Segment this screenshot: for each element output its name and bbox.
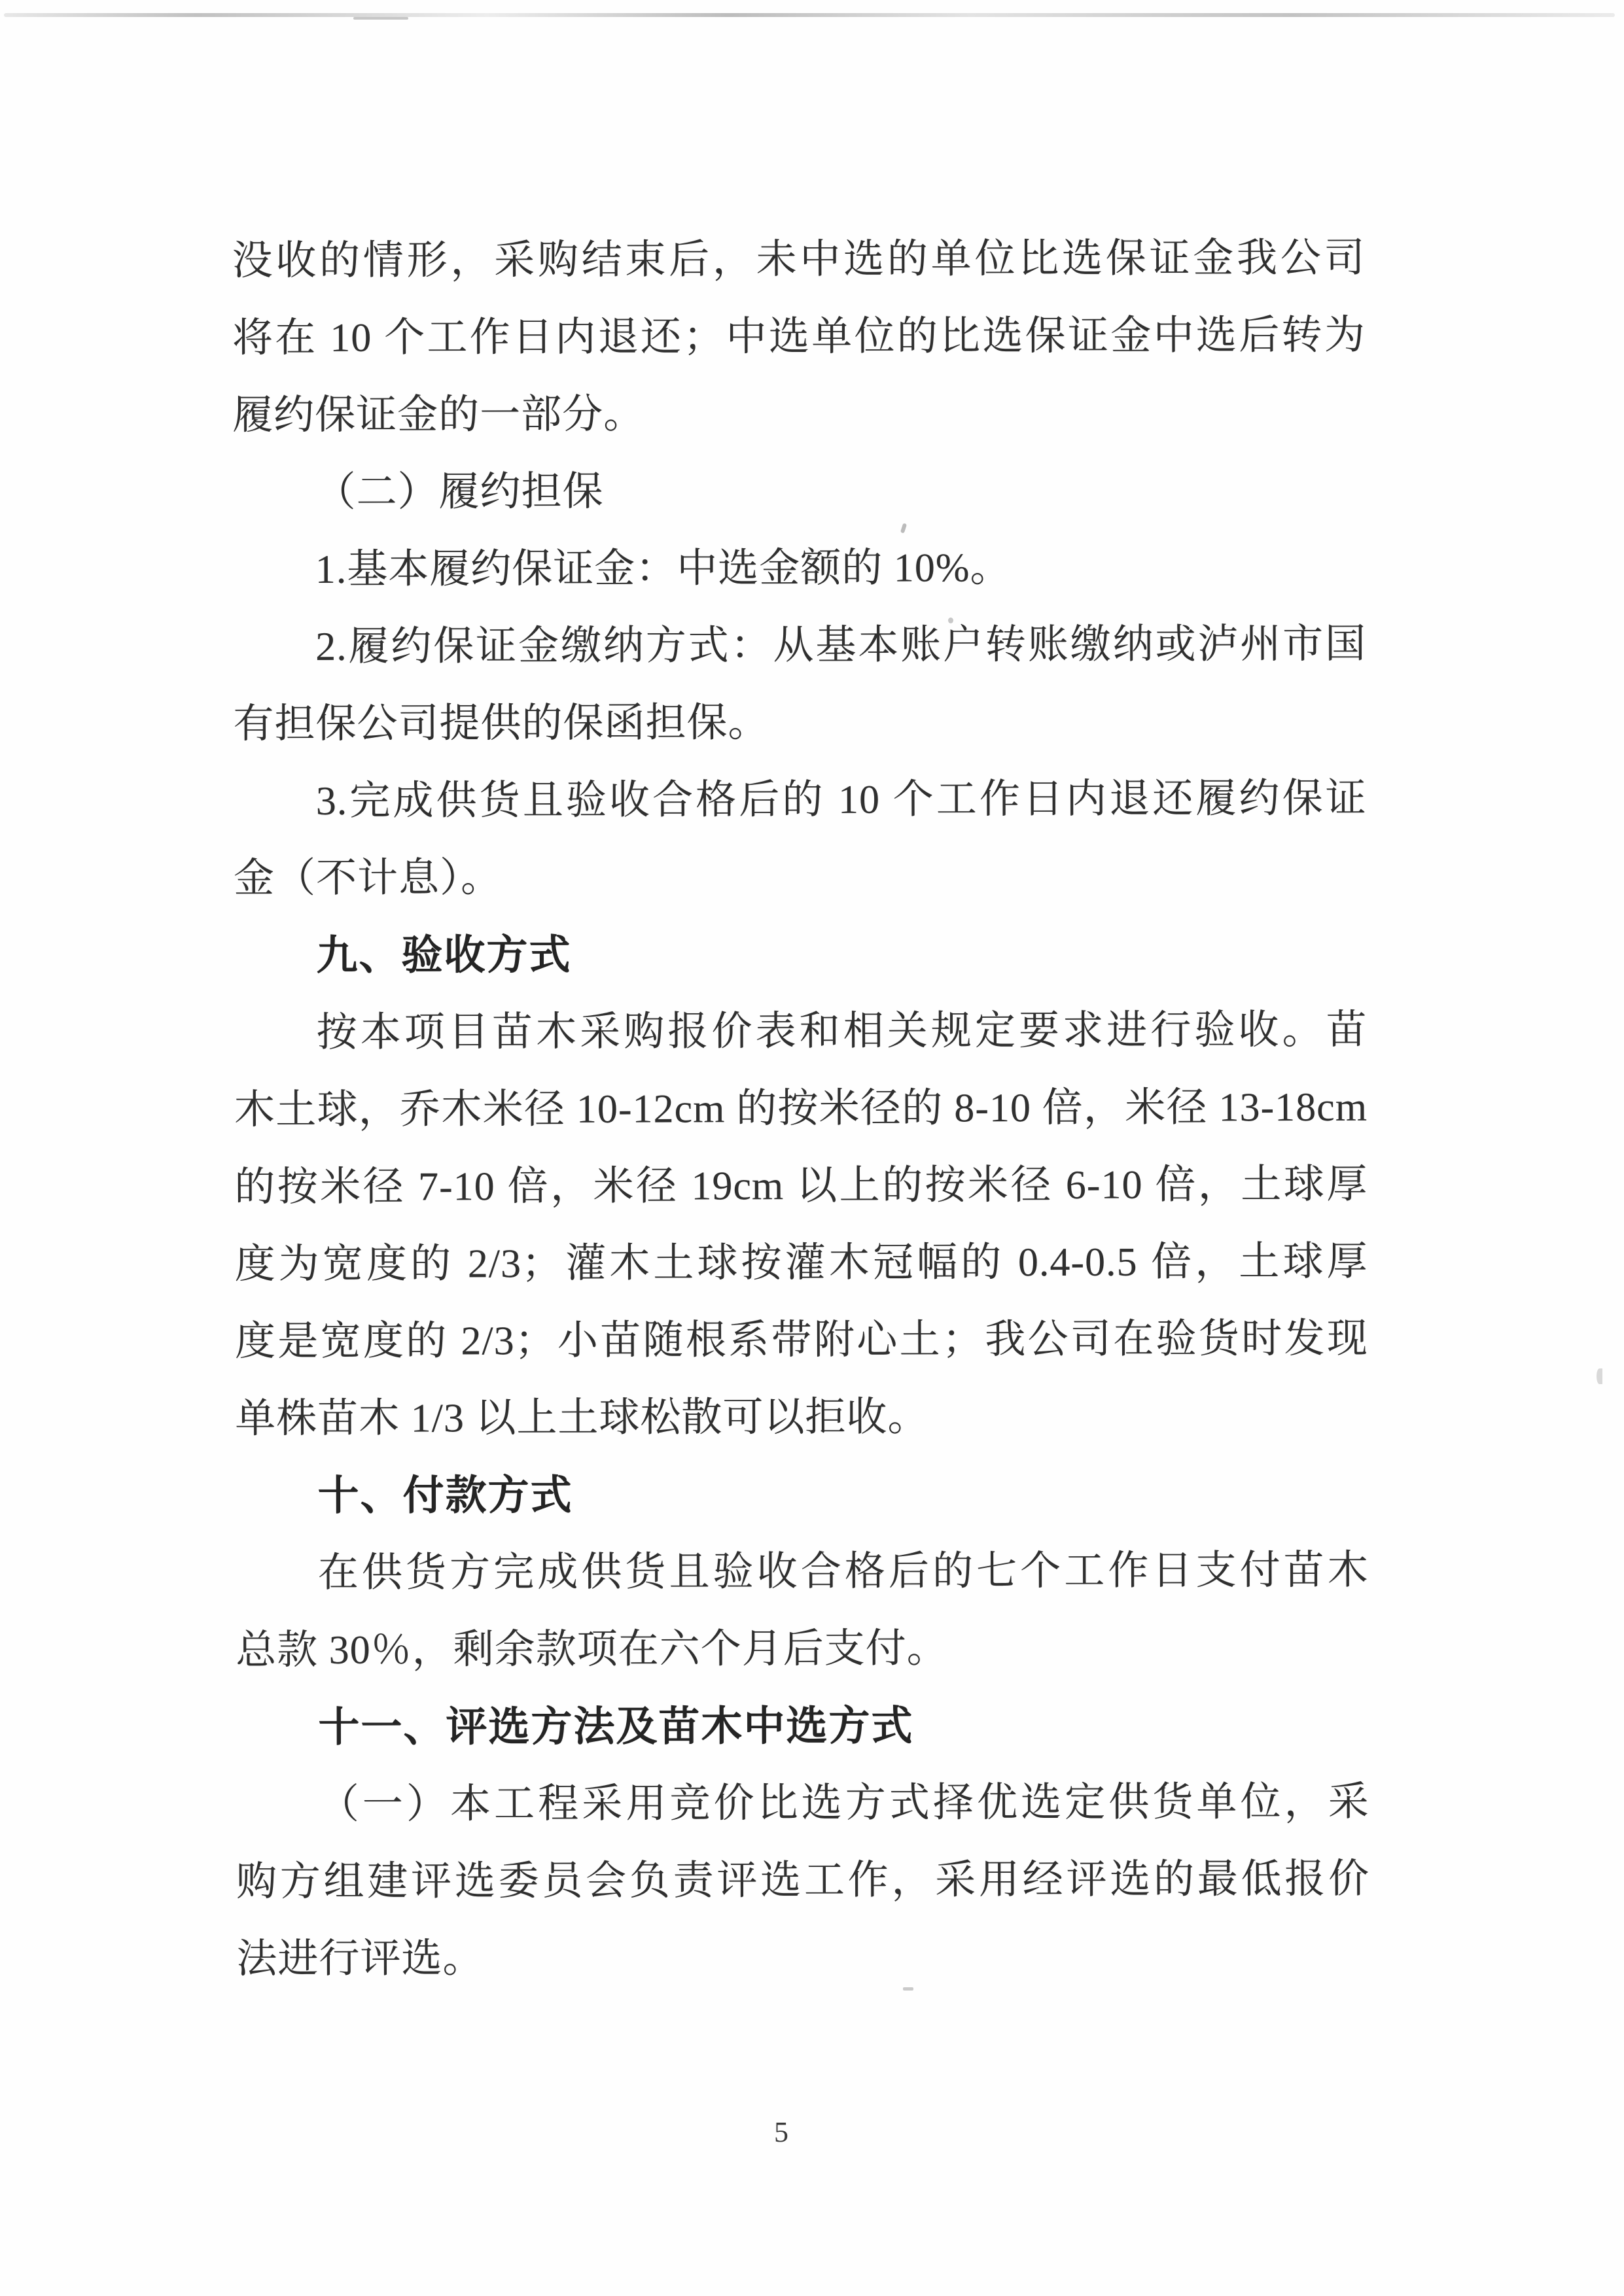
text-line: 2.履约保证金缴纳方式：从基本账户转账缴纳或泸州市国 — [233, 606, 1366, 686]
text-line: 1.基本履约保证金：中选金额的 10%。 — [233, 529, 1366, 609]
page-number: 5 — [751, 2115, 811, 2149]
text-line: 按本项目苗木采购报价表和相关规定要求进行验收。苗 — [234, 992, 1368, 1072]
text-line: 度是宽度的 2/3；小苗随根系带附心土；我公司在验货时发现 — [235, 1300, 1368, 1381]
scan-speck — [1597, 1368, 1602, 1384]
scan-artifact-top-edge — [4, 13, 1615, 17]
text-line: 法进行评选。 — [236, 1918, 1369, 1998]
text-line: 履约保证金的一部分。 — [232, 374, 1366, 455]
text-line: 单株苗木 1/3 以上土球松散可以拒收。 — [235, 1378, 1368, 1458]
scan-artifact-notch — [353, 17, 408, 20]
document-page: 没收的情形，采购结束后，未中选的单位比选保证金我公司 将在 10 个工作日内退还… — [0, 0, 1624, 2296]
text-line: 度为宽度的 2/3；灌木土球按灌木冠幅的 0.4-0.5 倍，土球厚 — [234, 1223, 1368, 1304]
text-line: 金（不计息）。 — [234, 837, 1367, 918]
scan-speck — [903, 1987, 913, 1991]
scan-speck — [948, 617, 953, 623]
text-line: （二）履约担保 — [232, 451, 1366, 532]
text-line: 木土球，乔木米径 10-12cm 的按米径的 8-10 倍，米径 13-18cm — [234, 1069, 1368, 1149]
text-line: 购方组建评选委员会负责评选工作，采用经评选的最低报价 — [236, 1841, 1369, 1921]
text-line: 在供货方完成供货且验收合格后的七个工作日支付苗木 — [236, 1532, 1369, 1612]
heading-payment-method: 十、付款方式 — [235, 1455, 1368, 1535]
heading-acceptance-method: 九、验收方式 — [234, 914, 1367, 995]
text-line: 没收的情形，采购结束后，未中选的单位比选保证金我公司 — [232, 220, 1365, 300]
text-line: 3.完成供货且验收合格后的 10 个工作日内退还履约保证 — [234, 760, 1367, 841]
text-line: 的按米径 7-10 倍，米径 19cm 以上的按米径 6-10 倍，土球厚 — [234, 1146, 1368, 1226]
document-body: 没收的情形，采购结束后，未中选的单位比选保证金我公司 将在 10 个工作日内退还… — [232, 220, 1369, 1998]
heading-selection-method: 十一、评选方法及苗木中选方式 — [236, 1686, 1369, 1767]
text-line: 有担保公司提供的保函担保。 — [233, 683, 1366, 763]
text-line: （一）本工程采用竞价比选方式择优选定供货单位，采 — [236, 1764, 1369, 1844]
text-line: 总款 30％，剩余款项在六个月后支付。 — [236, 1609, 1369, 1690]
text-line: 将在 10 个工作日内退还；中选单位的比选保证金中选后转为 — [232, 297, 1366, 377]
